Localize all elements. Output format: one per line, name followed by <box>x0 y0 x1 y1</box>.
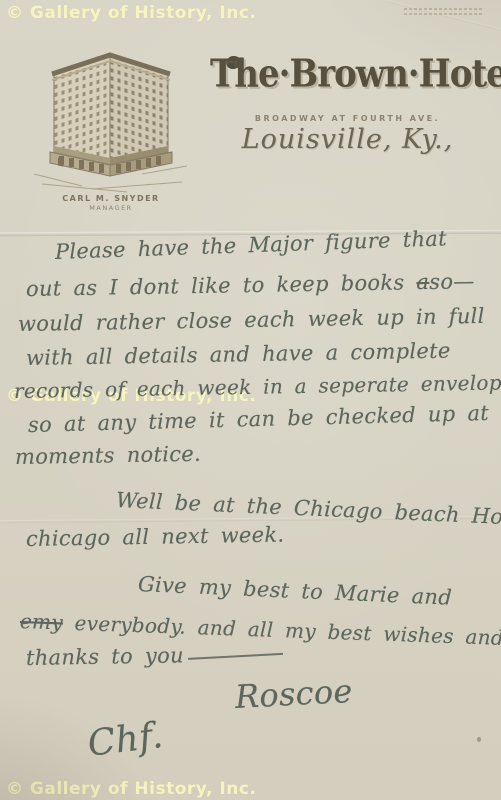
handwritten-line-12: thanks to you <box>26 642 283 670</box>
handwritten-line-5: records of each week in a seperate envel… <box>14 370 501 403</box>
letterhead-address: BROADWAY AT FOURTH AVE. <box>210 114 485 123</box>
hotel-building-engraving <box>32 34 190 196</box>
handwritten-line-1: Please have the Major figure that <box>55 226 448 264</box>
pen-flourish <box>188 651 283 660</box>
line-2-struck-word: a <box>416 270 429 294</box>
watermark-top: © Gallery of History, Inc. <box>6 3 256 23</box>
printer-mark <box>404 8 482 17</box>
letterhead-hotel-name: The·Brown·Hotel <box>210 52 485 97</box>
manager-name: CARL M. SNYDER <box>35 194 187 203</box>
handwritten-line-9: chicago all next week. <box>26 522 285 551</box>
handwritten-line-4: with all details and have a complete <box>26 339 451 370</box>
handwritten-line-10: Give my best to Marie and <box>137 572 452 610</box>
line-11-struck-word: emy <box>20 609 64 634</box>
scanned-letter-page: © Gallery of History, Inc. © Gallery of … <box>0 0 501 800</box>
ink-speck <box>477 737 481 742</box>
manager-title: MANAGER <box>35 204 187 212</box>
watermark-bottom: © Gallery of History, Inc. <box>6 779 256 799</box>
handwritten-line-3: would rather close each week up in full <box>18 304 485 336</box>
notation-chf: Chf. <box>86 715 166 765</box>
handwritten-line-7: moments notice. <box>15 442 201 469</box>
line-12-text: thanks to you <box>26 643 184 670</box>
paper-corner-crease <box>385 0 501 34</box>
line-2-pre: out as I dont like to keep books <box>26 270 417 301</box>
signature-roscoe: Roscoe <box>234 672 354 716</box>
letterhead-city: Louisville, Ky., <box>210 124 485 155</box>
handwritten-line-2: out as I dont like to keep books aso— <box>26 269 475 301</box>
line-2-post: so— <box>429 269 475 294</box>
